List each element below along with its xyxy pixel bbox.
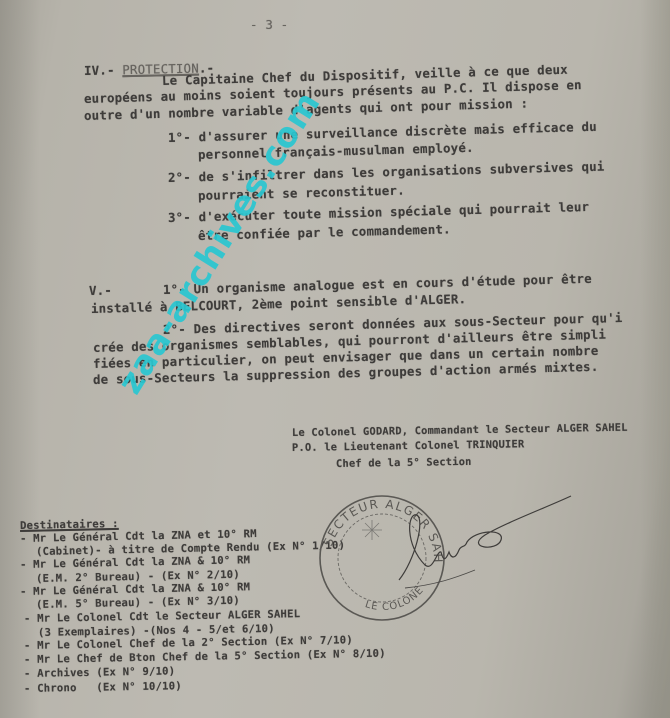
recipients-title: Destinataires : bbox=[20, 518, 119, 532]
handwritten-signature bbox=[395, 490, 575, 590]
section-iv-number: IV.- bbox=[84, 62, 123, 78]
signature-line-commander: Le Colonel GODARD, Commandant le Secteur… bbox=[292, 422, 628, 439]
signature-line-by-order: P.O. le Lieutenant Colonel TRINQUIER bbox=[292, 438, 525, 454]
signature-line-section-chief: Chef de la 5° Section bbox=[336, 456, 472, 470]
stamp-emblem-icon bbox=[362, 520, 382, 540]
recipient-line: - Chrono (Ex N° 10/10) bbox=[24, 680, 182, 695]
mission-item-1: 1°- d'assurer une surveillance discrète … bbox=[168, 119, 597, 145]
section-v-heading: V.- bbox=[89, 283, 112, 298]
recipient-line: - Archives (Ex N° 9/10) bbox=[24, 665, 175, 680]
document-page: - 3 - IV.- PROTECTION.- Le Capitaine Che… bbox=[0, 0, 670, 718]
recipient-line: (E.M. 5° Bureau) - (Ex N° 3/10) bbox=[36, 595, 240, 611]
paper-shadow-right bbox=[640, 0, 670, 718]
section-v-item-1-cont: installé à BELCOURT, 2ème point sensible… bbox=[91, 291, 467, 316]
page-number: - 3 - bbox=[250, 17, 288, 32]
